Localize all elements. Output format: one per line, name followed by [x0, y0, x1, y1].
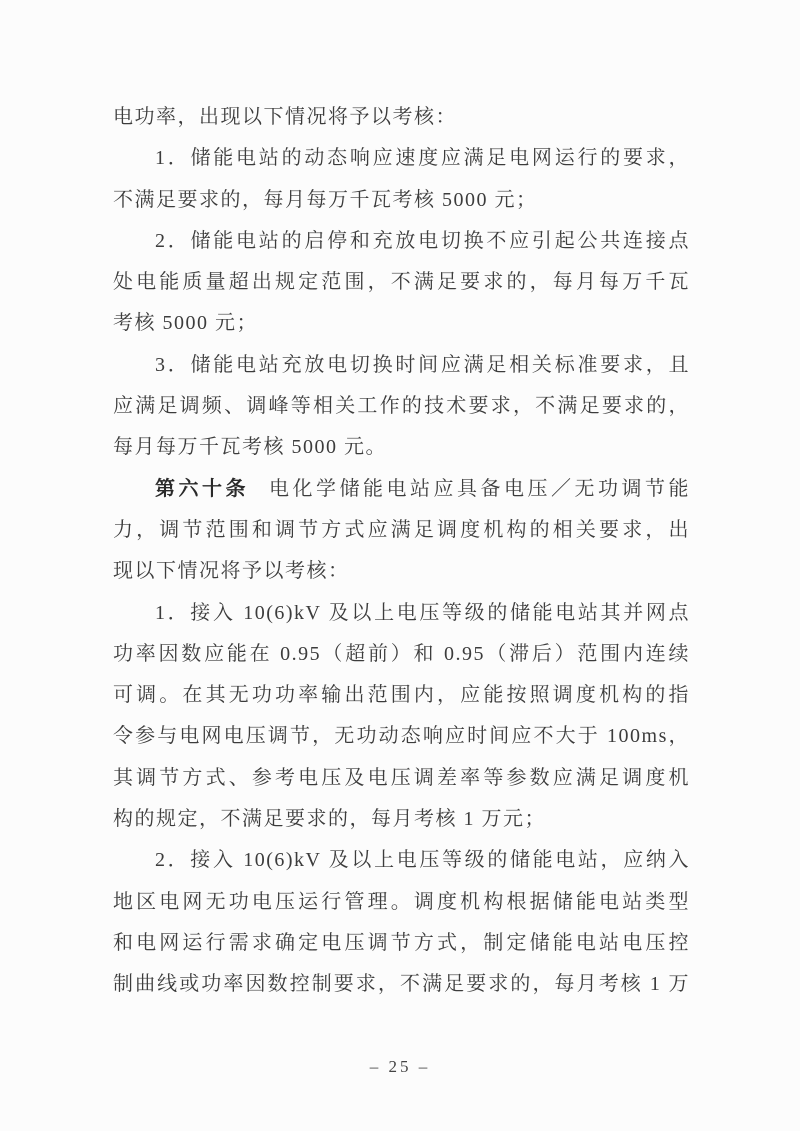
text-line: 考核 5000 元； [113, 303, 690, 344]
text-line: 其调节方式、参考电压及电压调差率等参数应满足调度机 [113, 758, 690, 799]
text-line: 1．接入 10(6)kV 及以上电压等级的储能电站其并网点 [113, 593, 690, 634]
text-line: 力，调节范围和调节方式应满足调度机构的相关要求，出 [113, 510, 690, 551]
text-line: 应满足调频、调峰等相关工作的技术要求，不满足要求的， [113, 386, 690, 427]
document-body: 电功率，出现以下情况将予以考核： 1．储能电站的动态响应速度应满足电网运行的要求… [113, 97, 690, 1006]
text-line: 地区电网无功电压运行管理。调度机构根据储能电站类型 [113, 882, 690, 923]
text-line: 2．接入 10(6)kV 及以上电压等级的储能电站，应纳入 [113, 840, 690, 881]
text-line: 和电网运行需求确定电压调节方式，制定储能电站电压控 [113, 923, 690, 964]
article-heading-line: 第六十条电化学储能电站应具备电压／无功调节能 [113, 469, 690, 510]
document-page: 电功率，出现以下情况将予以考核： 1．储能电站的动态响应速度应满足电网运行的要求… [0, 0, 800, 1131]
text-line: 功率因数应能在 0.95（超前）和 0.95（滞后）范围内连续 [113, 634, 690, 675]
text-line: 2．储能电站的启停和充放电切换不应引起公共连接点 [113, 221, 690, 262]
text-line: 现以下情况将予以考核： [113, 551, 690, 592]
text-line: 处电能质量超出规定范围，不满足要求的，每月每万千瓦 [113, 262, 690, 303]
text-line: 3．储能电站充放电切换时间应满足相关标准要求，且 [113, 345, 690, 386]
text-line: 不满足要求的，每月每万千瓦考核 5000 元； [113, 180, 690, 221]
text-line: 构的规定，不满足要求的，每月考核 1 万元； [113, 799, 690, 840]
text-line: 电功率，出现以下情况将予以考核： [113, 97, 690, 138]
text-line: 可调。在其无功功率输出范围内，应能按照调度机构的指 [113, 675, 690, 716]
text-line: 制曲线或功率因数控制要求，不满足要求的，每月考核 1 万 [113, 964, 690, 1005]
text-line: 令参与电网电压调节，无功动态响应时间应不大于 100ms， [113, 716, 690, 757]
article-number: 第六十条 [155, 478, 249, 500]
text-line: 1．储能电站的动态响应速度应满足电网运行的要求， [113, 138, 690, 179]
text-line: 每月每万千瓦考核 5000 元。 [113, 427, 690, 468]
page-number: – 25 – [0, 1053, 800, 1081]
article-text: 电化学储能电站应具备电压／无功调节能 [269, 478, 690, 500]
